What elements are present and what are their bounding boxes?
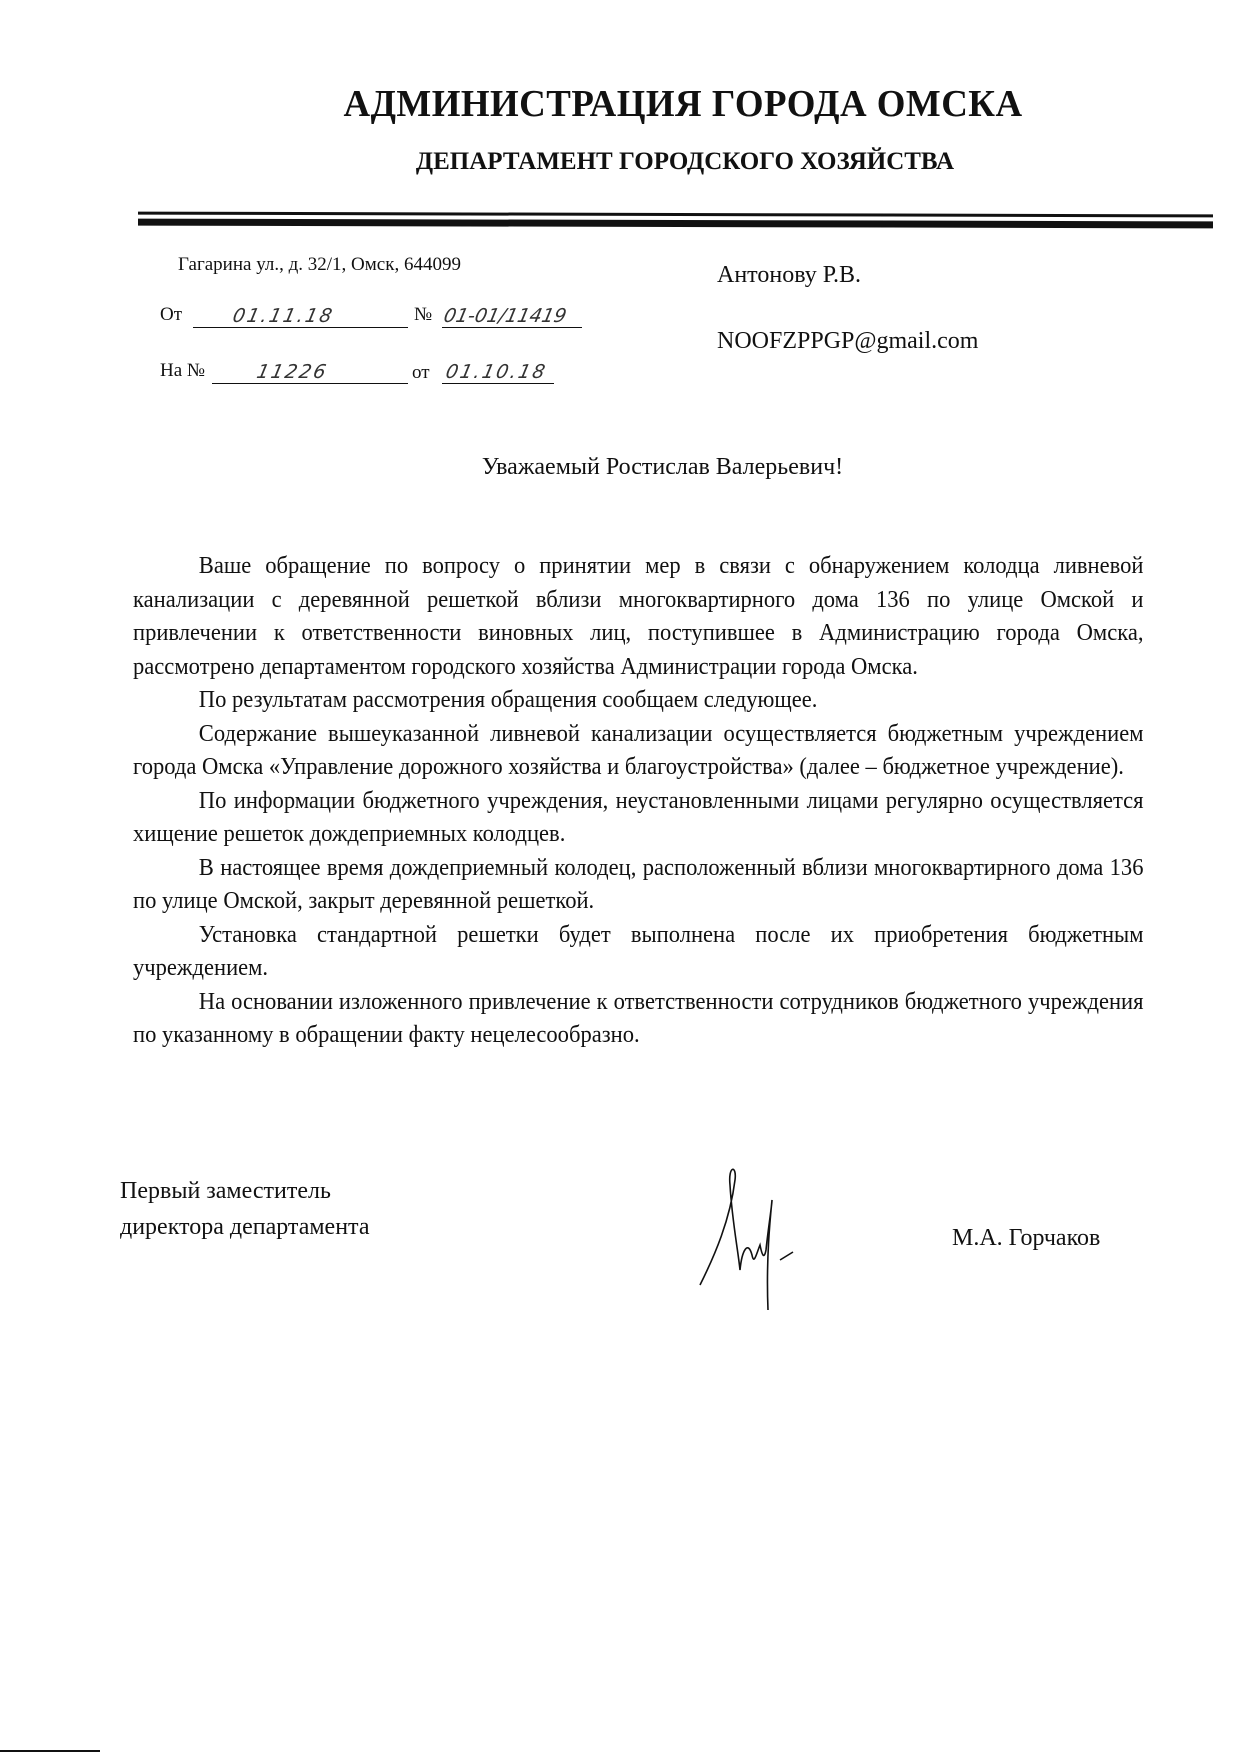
number-label: № [414, 304, 432, 326]
from-label: От [160, 304, 182, 326]
signer-name: М.А. Горчаков [952, 1225, 1100, 1252]
from-date-value: 01.11.18 [231, 305, 336, 327]
header-divider-thick [138, 219, 1213, 229]
handwritten-signature-icon [690, 1160, 810, 1325]
incoming-date-label: от [412, 362, 430, 384]
incoming-date-field: 01.10.18 [442, 361, 554, 384]
body-paragraph: Содержание вышеуказанной ливневой канали… [133, 718, 1144, 785]
recipient-email: NOOFZPPGP@gmail.com [717, 328, 978, 355]
organization-title: АДМИНИСТРАЦИЯ ГОРОДА ОМСКА [19, 82, 1222, 126]
body-paragraph: В настоящее время дождеприемный колодец,… [133, 852, 1144, 919]
outgoing-number-value: 01-01/11419 [442, 305, 569, 327]
body-paragraph: Ваше обращение по вопросу о принятии мер… [133, 550, 1144, 684]
incoming-number-field: 11226 [212, 361, 408, 384]
body-paragraph: На основании изложенного привлечение к о… [133, 986, 1144, 1053]
header-divider-thin [138, 212, 1213, 218]
signer-position-line2: директора департамента [120, 1214, 369, 1241]
reply-to-label: На № [160, 360, 205, 382]
greeting: Уважаемый Ростислав Валерьевич! [0, 454, 1240, 481]
from-date-field: 01.11.18 [193, 305, 408, 328]
outgoing-number-field: 01-01/11419 [442, 305, 582, 328]
body-paragraph: По результатам рассмотрения обращения со… [133, 684, 1144, 718]
body-paragraph: По информации бюджетного учреждения, неу… [133, 785, 1144, 852]
department-title: ДЕПАРТАМЕНТ ГОРОДСКОГО ХОЗЯЙСТВА [0, 148, 1240, 176]
scan-edge-mark [0, 1750, 100, 1752]
letter-body: Ваше обращение по вопросу о принятии мер… [133, 550, 1082, 1053]
body-paragraph: Установка стандартной решетки будет выпо… [133, 919, 1144, 986]
recipient-name: Антонову Р.В. [717, 262, 861, 289]
incoming-number-value: 11226 [255, 361, 330, 383]
sender-address: Гагарина ул., д. 32/1, Омск, 644099 [178, 254, 461, 276]
signer-position-line1: Первый заместитель [120, 1178, 331, 1205]
incoming-date-value: 01.10.18 [444, 361, 549, 383]
